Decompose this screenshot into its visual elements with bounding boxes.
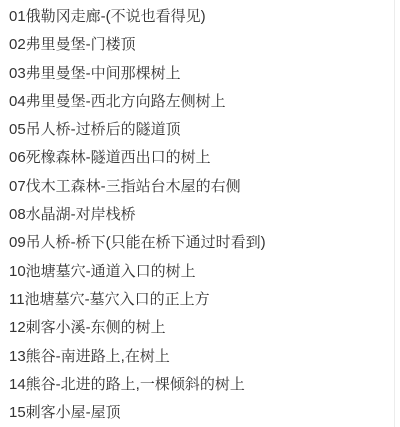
page: 01俄勒冈走廊-(不说也看得见) 02弗里曼堡-门楼顶 03弗里曼堡-中间那棵树… (0, 0, 400, 427)
list-item: 04弗里曼堡-西北方向路左侧树上 (9, 88, 400, 116)
checkpoint-list: 01俄勒冈走廊-(不说也看得见) 02弗里曼堡-门楼顶 03弗里曼堡-中间那棵树… (0, 0, 400, 427)
list-item: 06死橡森林-隧道西出口的树上 (9, 144, 400, 172)
list-item: 12刺客小溪-东侧的树上 (9, 314, 400, 342)
list-item: 15刺客小屋-屋顶 (9, 399, 400, 427)
list-item: 14熊谷-北进的路上,一棵倾斜的树上 (9, 371, 400, 399)
list-item: 08水晶湖-对岸栈桥 (9, 201, 400, 229)
list-item: 11池塘墓穴-墓穴入口的正上方 (9, 286, 400, 314)
list-item: 07伐木工森林-三指站台木屋的右侧 (9, 173, 400, 201)
list-item: 10池塘墓穴-通道入口的树上 (9, 258, 400, 286)
list-item: 05吊人桥-过桥后的隧道顶 (9, 116, 400, 144)
list-item: 13熊谷-南进路上,在树上 (9, 343, 400, 371)
content-right-divider (394, 0, 395, 427)
list-item: 01俄勒冈走廊-(不说也看得见) (9, 3, 400, 31)
list-item: 03弗里曼堡-中间那棵树上 (9, 60, 400, 88)
list-item: 09吊人桥-桥下(只能在桥下通过时看到) (9, 229, 400, 257)
list-item: 02弗里曼堡-门楼顶 (9, 31, 400, 59)
